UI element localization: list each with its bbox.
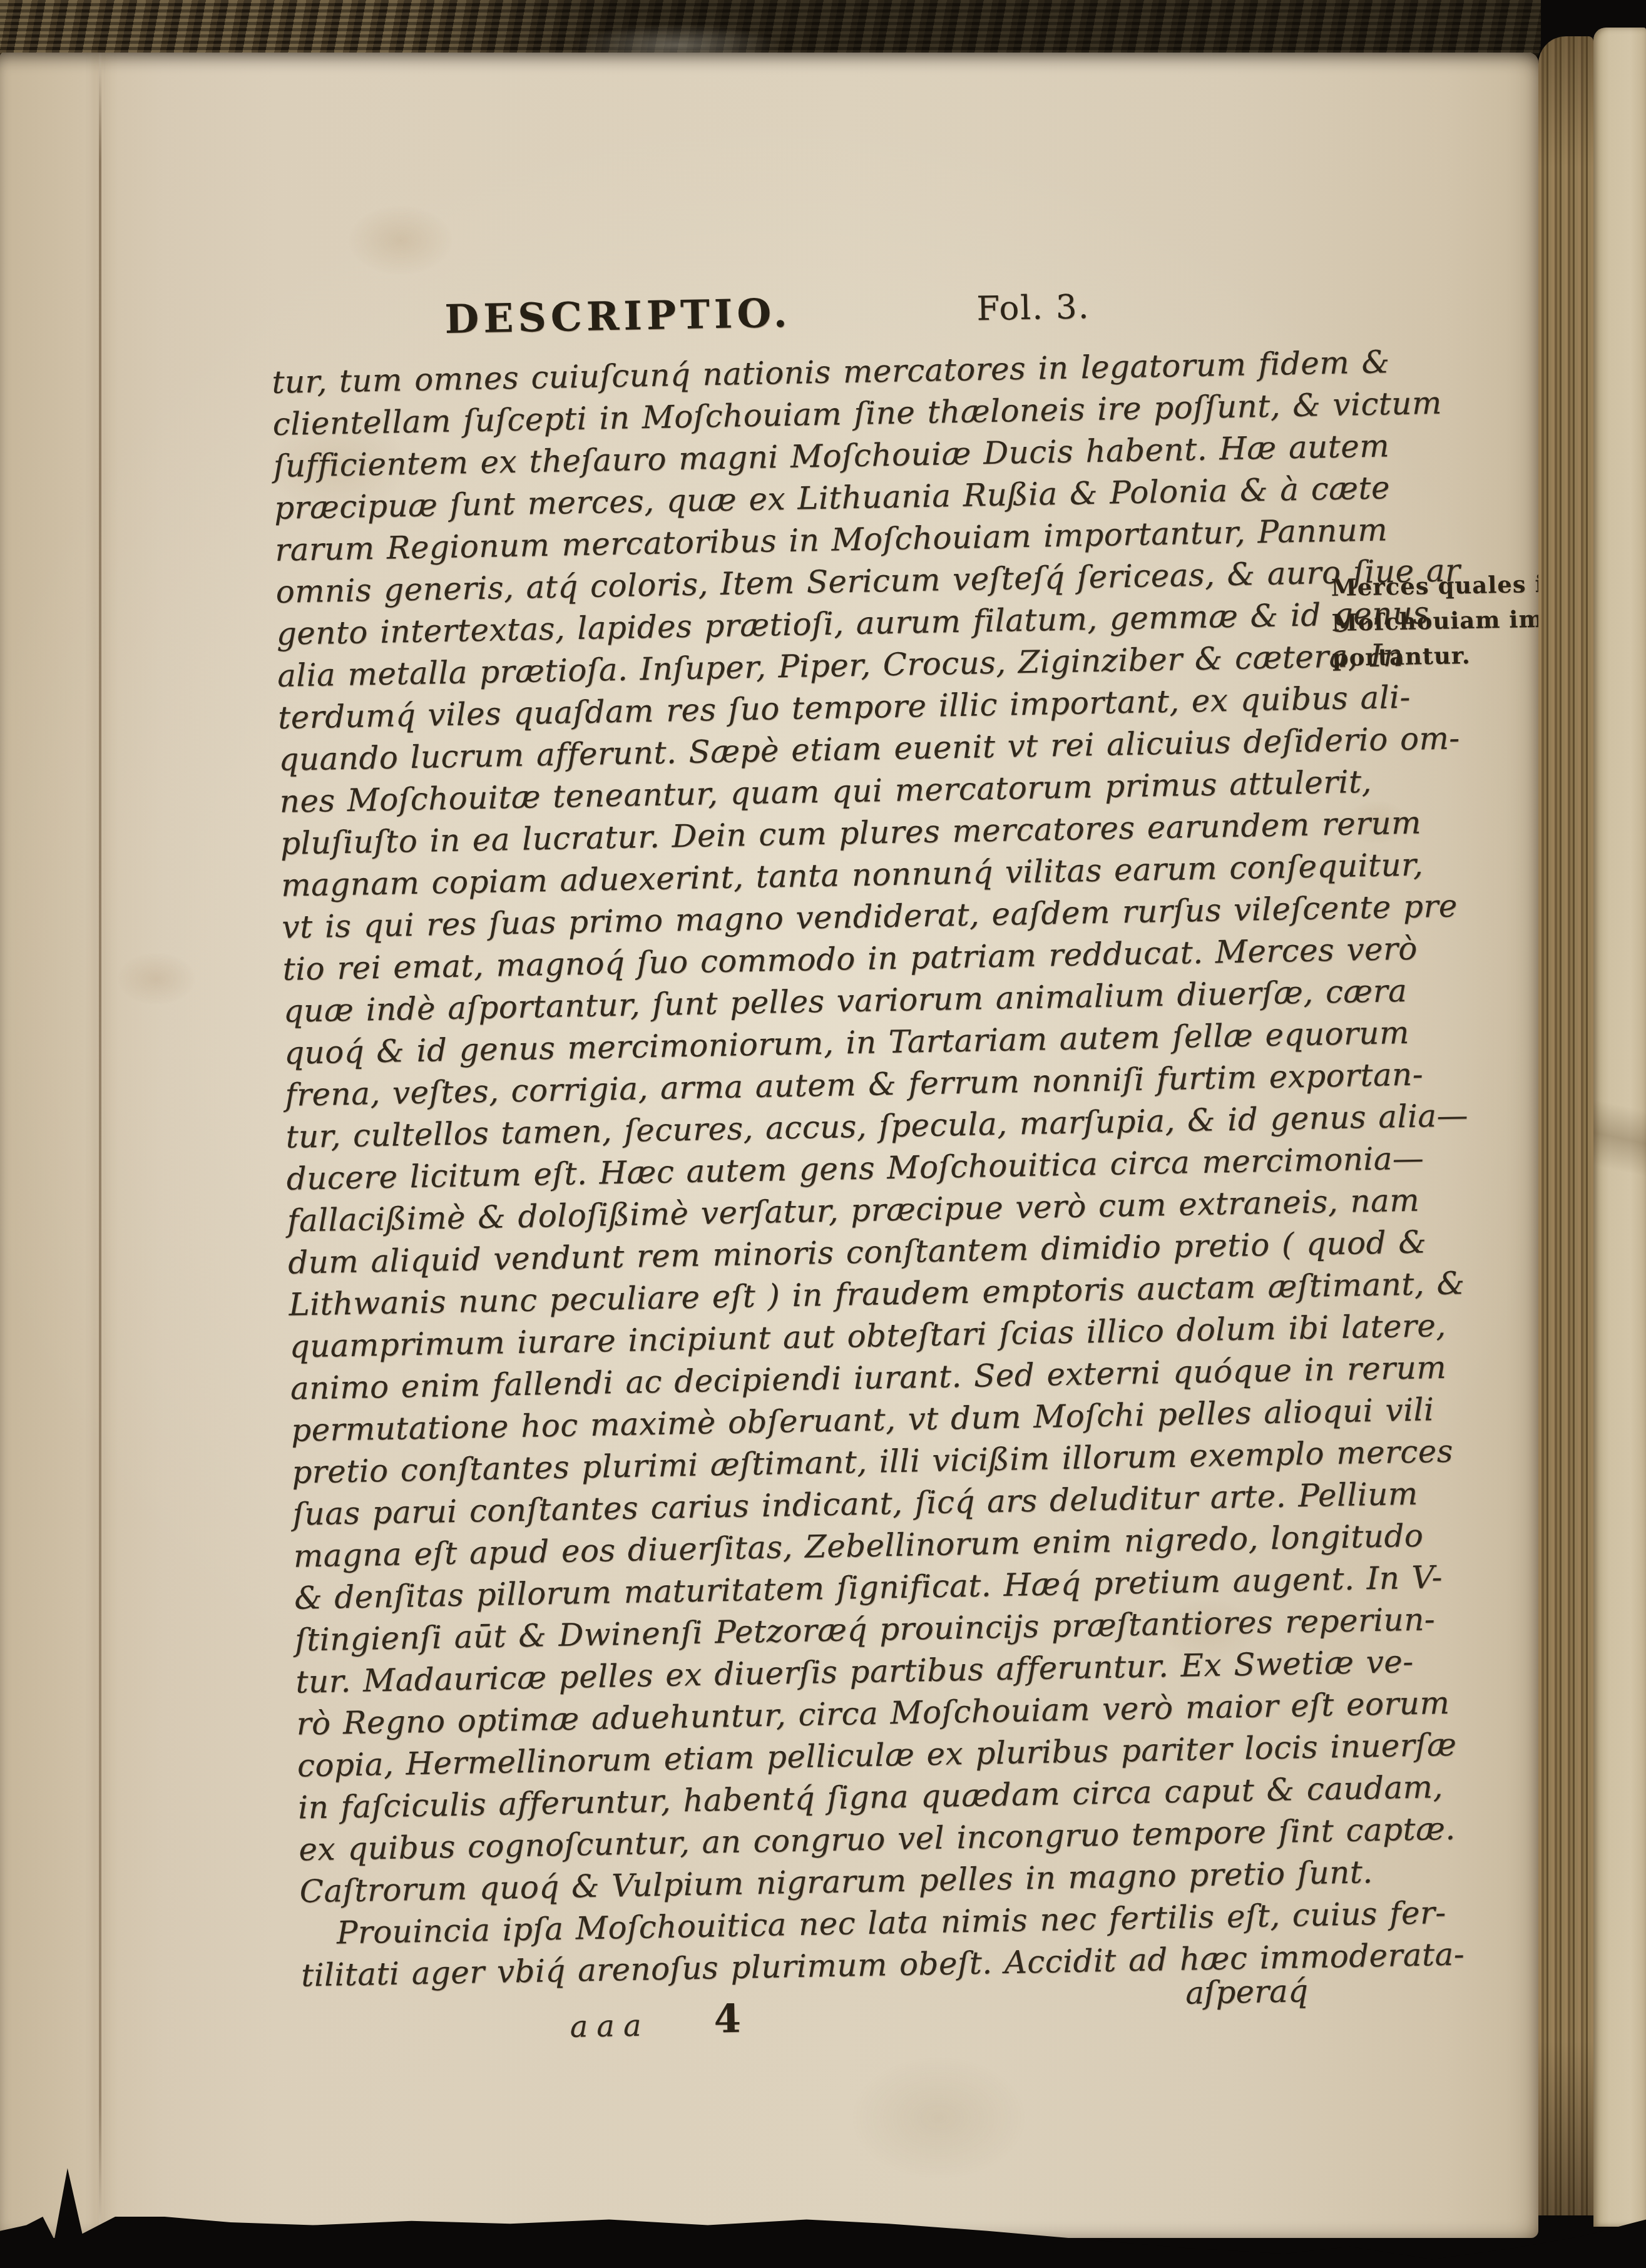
book-photo: DESCRIPTIO. Fol. 3. tur, tum omnes cuiuſ… [0, 0, 1646, 2268]
signature-number: 4 [713, 1996, 741, 2042]
catchword: aſperaq́ [1040, 1973, 1308, 2014]
margin-note-line: Moſchouiam im- [1331, 601, 1570, 640]
book-page: DESCRIPTIO. Fol. 3. tur, tum omnes cuiuſ… [0, 53, 1538, 2238]
page-content: DESCRIPTIO. Fol. 3. tur, tum omnes cuiuſ… [270, 279, 1316, 1998]
running-title: DESCRIPTIO. [444, 290, 792, 342]
margin-note: Merces quales inMoſchouiam im-portantur. [1331, 566, 1570, 675]
fore-edge-pages [1538, 36, 1593, 2215]
signature-mark: aaa [570, 2008, 650, 2044]
body-lines: tur, tum omnes cuiuſcunq́ nationis merca… [272, 344, 1316, 1998]
gutter-crease [99, 53, 101, 2238]
margin-note-line: portantur. [1332, 636, 1570, 675]
under-page [1593, 28, 1646, 2227]
folio-number: Fol. 3. [976, 288, 1090, 328]
margin-note-line: Merces quales in [1331, 566, 1569, 605]
